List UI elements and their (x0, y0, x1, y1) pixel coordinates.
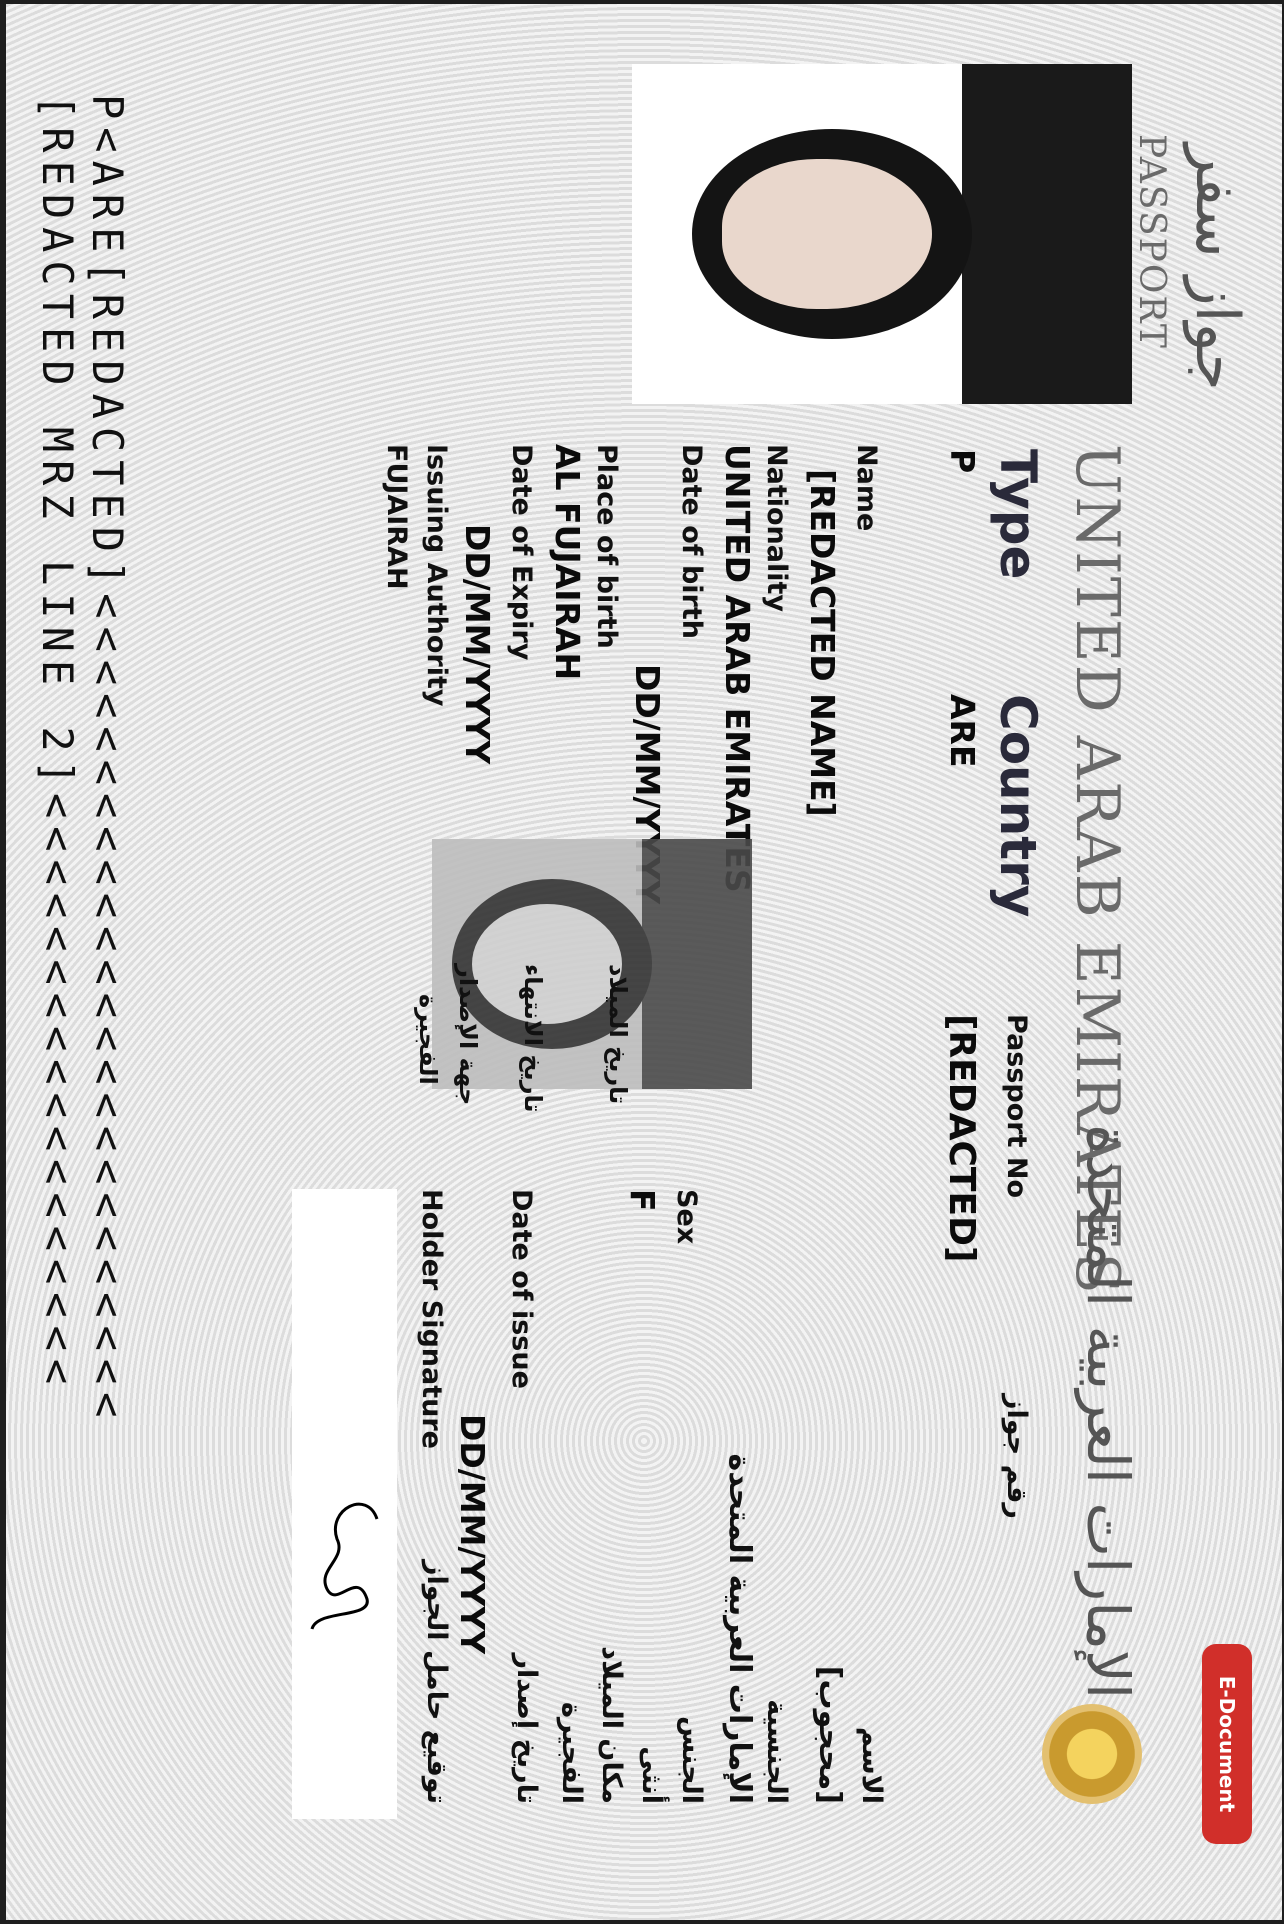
expiry-value: DD/MM/YYYY (458, 524, 497, 764)
passport-no-label: Passport No (1001, 1014, 1032, 1198)
nationality-label: Nationality (761, 444, 792, 612)
name-value-ar: [محجوب] (812, 1324, 847, 1804)
authority-value: FUJAIRAH (381, 444, 412, 590)
pob-value-ar: الفجيرة (556, 1604, 587, 1804)
pob-label-ar: مكان الميلاد (596, 1604, 627, 1804)
dob-label: Date of birth (676, 444, 707, 639)
issue-label: Date of issue (506, 1189, 537, 1389)
issue-value: DD/MM/YYYY (453, 1414, 492, 1654)
name-label: Name (851, 444, 882, 531)
expiry-label-ar: تاريخ الانتهاء (519, 964, 547, 1113)
type-label: Type (989, 449, 1047, 579)
passport-no-label-ar: رقم جواز (1001, 1394, 1032, 1519)
country-title-ar: الإمارات العربية المتحدة (1074, 1124, 1142, 1699)
signature-icon (292, 1189, 397, 1819)
passport-no-value: [REDACTED] (941, 1014, 982, 1262)
sex-label-ar: الجنس (676, 1604, 707, 1804)
passport-title-ar: جواز سفر (1182, 144, 1252, 391)
type-value: P (943, 449, 982, 473)
dob-label-ar-overlay: تاريخ الميلاد (604, 964, 632, 1104)
nationality-label-ar: الجنسية (761, 1604, 792, 1804)
signature-label: Holder Signature (416, 1189, 447, 1449)
authority-label: Issuing Authority (421, 444, 452, 707)
sex-value: F (623, 1189, 662, 1212)
pob-label: Place of birth (591, 444, 622, 649)
mrz-line-2: [REDACTED MRZ LINE 2]<<<<<<<<<<<<<<<<<< (33, 94, 82, 1392)
name-value: [REDACTED NAME] (803, 469, 842, 817)
authority-value-ar: الفجيرة (414, 994, 442, 1085)
country-value: ARE (943, 694, 982, 768)
uae-emblem-icon (1042, 1704, 1142, 1804)
name-label-ar: الاسم (856, 1604, 887, 1804)
passport-data-page: جواز سفر PASSPORT UNITED ARAB EMIRATES ا… (6, 4, 1282, 1920)
passport-page: جواز سفر PASSPORT UNITED ARAB EMIRATES ا… (6, 4, 1282, 1920)
signature-label-ar: توقيع حامل الجواز (421, 1504, 452, 1804)
sex-value-ar: أنثى (636, 1604, 667, 1804)
expiry-label: Date of Expiry (506, 444, 537, 660)
country-label: Country (989, 694, 1047, 917)
e-document-badge: E-Document (1202, 1644, 1252, 1844)
sex-label: Sex (671, 1189, 702, 1244)
pob-value: AL FUJAIRAH (548, 444, 587, 680)
mrz-line-1: P<ARE[REDACTED]<<<<<<<<<<<<<<<<<<<<<<<<< (83, 94, 132, 1425)
authority-label-ar: جهة الإصدار (454, 964, 482, 1105)
passport-title: PASSPORT (1131, 134, 1172, 350)
issue-label-ar: تاريخ إصدار (511, 1604, 542, 1804)
nationality-value-ar: الإمارات العربية المتحدة (722, 1384, 757, 1804)
nationality-value: UNITED ARAB EMIRATES (718, 444, 757, 893)
signature-box (292, 1189, 397, 1819)
holder-photo (632, 64, 1132, 404)
